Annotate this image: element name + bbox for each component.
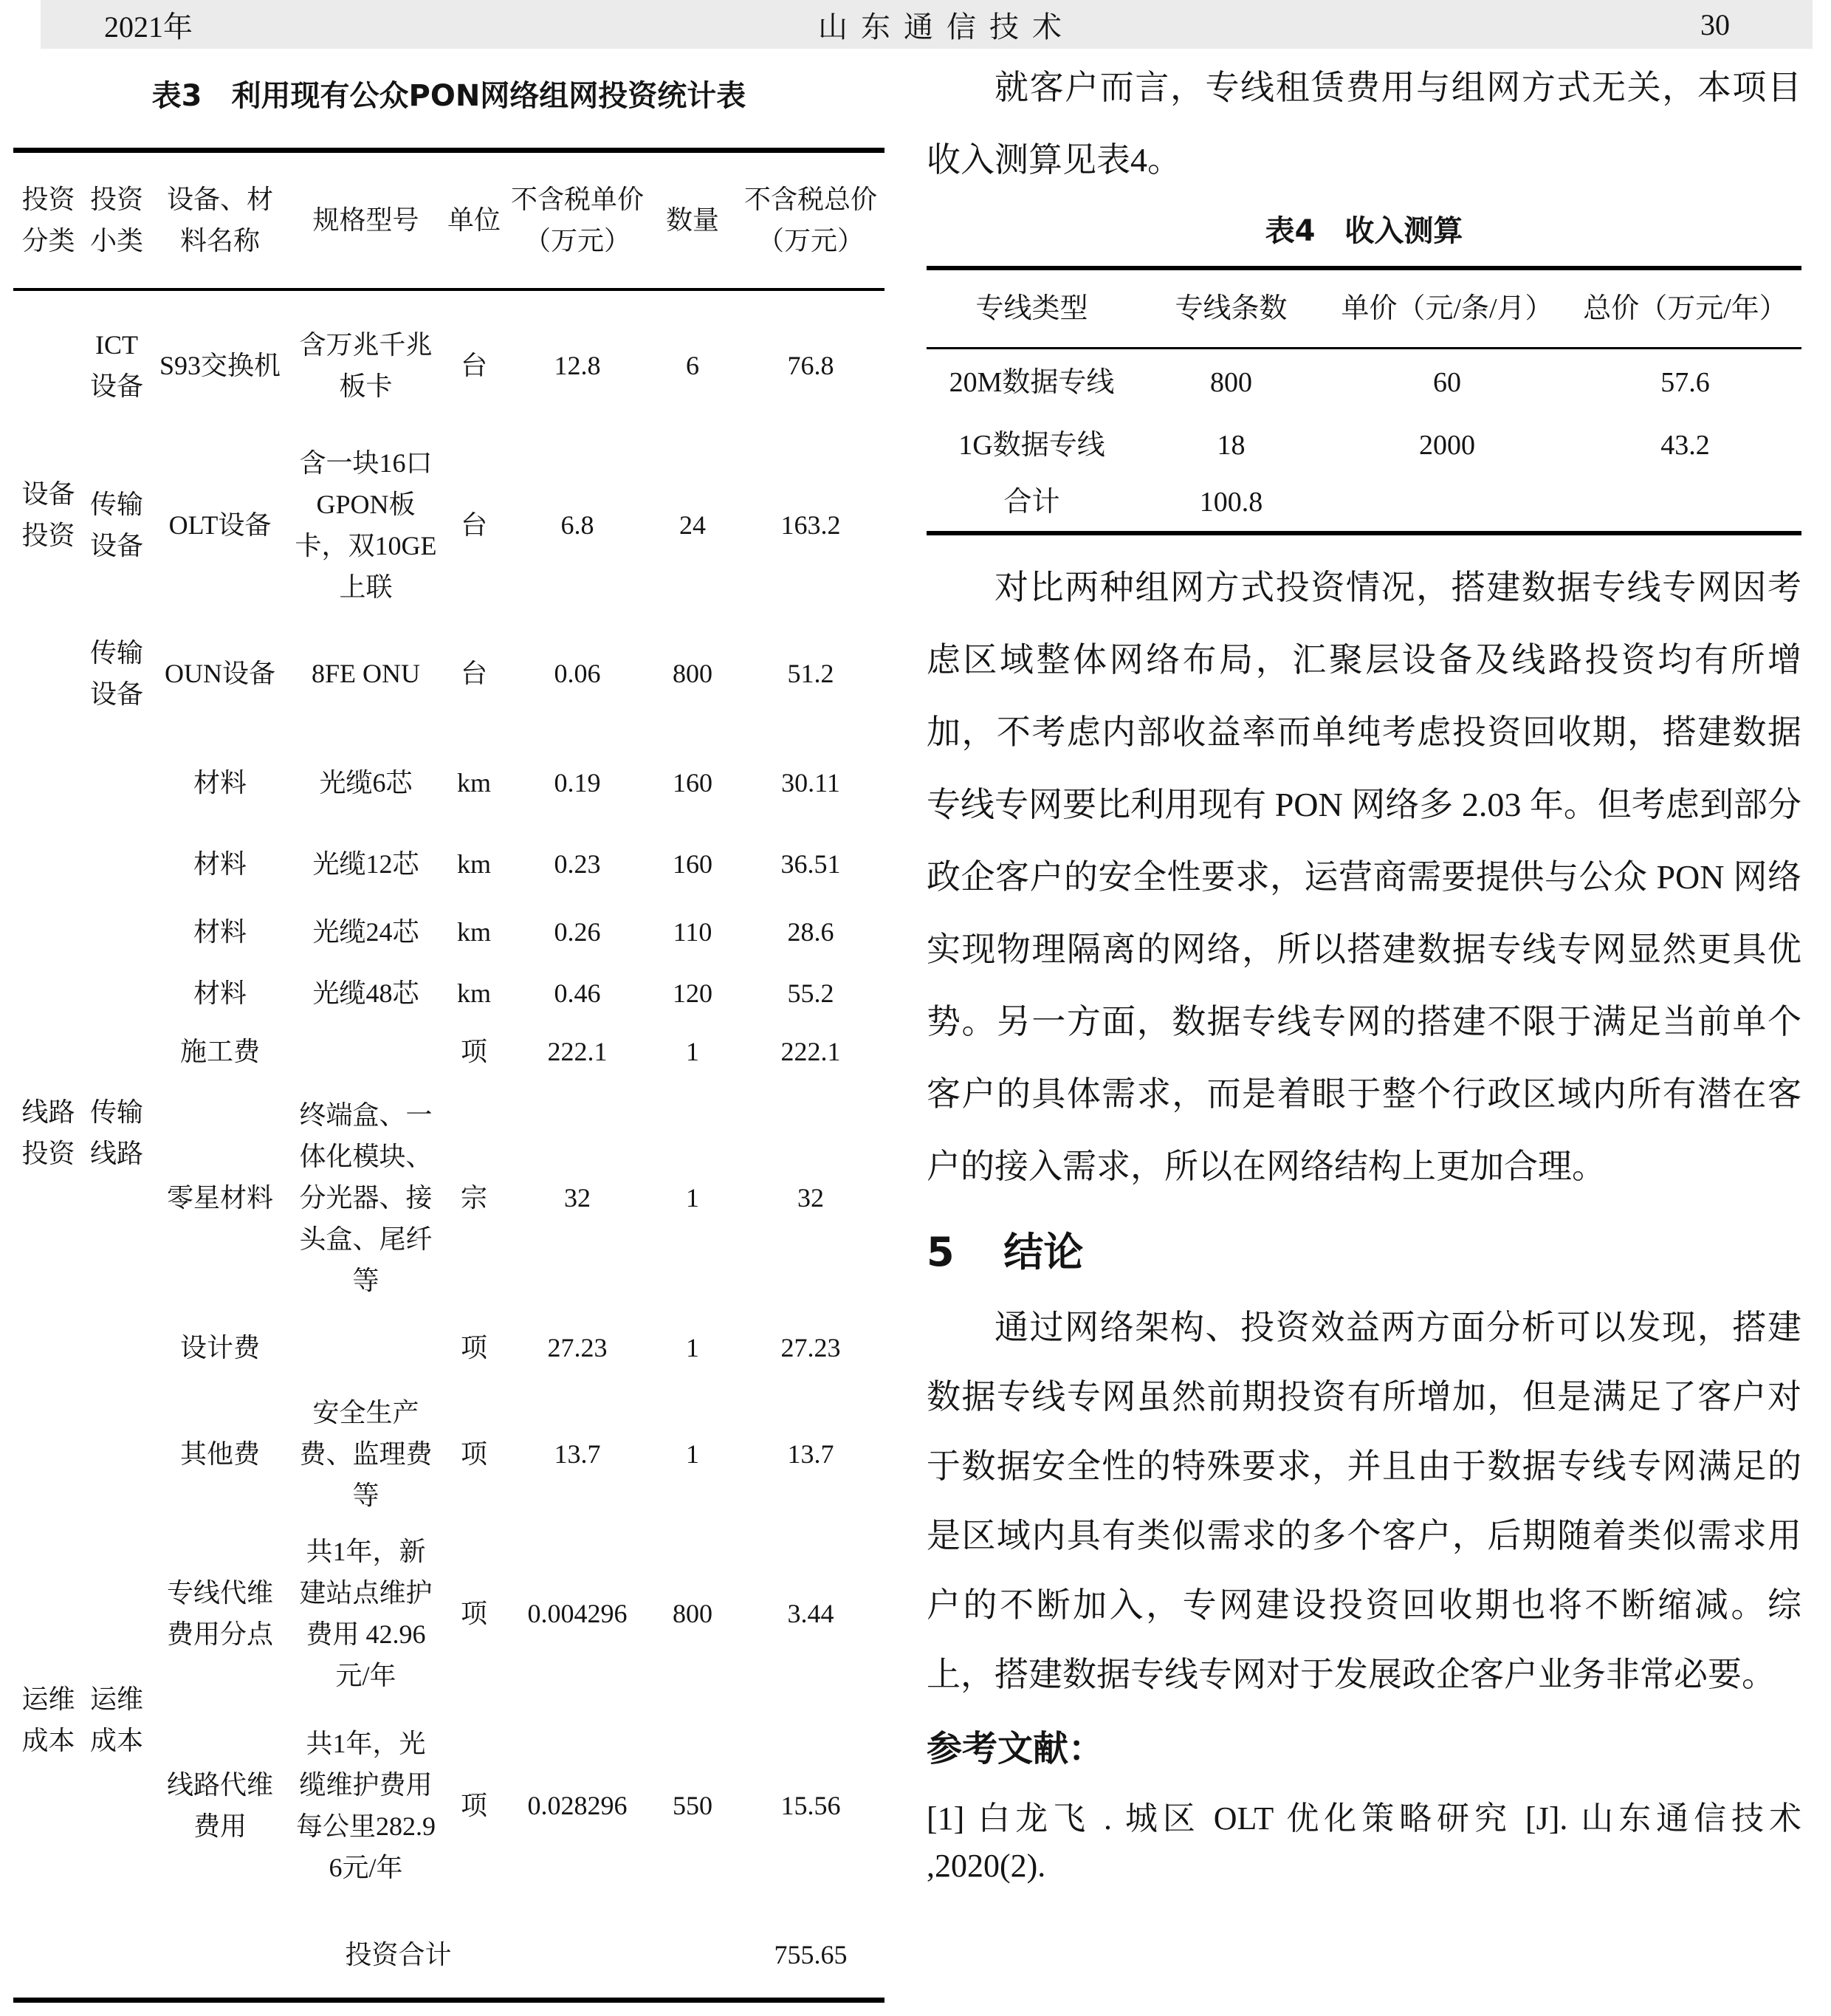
table-cell: 项 — [442, 1023, 506, 1080]
table-cell: 合计 — [927, 474, 1137, 533]
table-cell: 1 — [648, 1380, 737, 1528]
total-value-cell: 755.65 — [737, 1912, 884, 2000]
total-label-cell: 投资合计 — [290, 1912, 506, 2000]
table-cell: 12.8 — [506, 289, 648, 441]
table-cell: 13.7 — [737, 1380, 884, 1528]
table-cell: 台 — [442, 441, 506, 609]
table-cell: S93交换机 — [150, 289, 290, 441]
table-cell: 宗 — [442, 1080, 506, 1315]
table4: 专线类型 专线条数 单价（元/条/月） 总价（万元/年） 20M数据专线 800… — [927, 266, 1801, 535]
table-cell: 终端盒、一体化模块、分光器、接头盒、尾纤等 — [290, 1080, 442, 1315]
table-cell: 32 — [737, 1080, 884, 1315]
table-cell: 6 — [648, 289, 737, 441]
table-cell: 1 — [648, 1080, 737, 1315]
table-cell: 28.6 — [737, 901, 884, 964]
table-row: 传输设备 OLT设备 含一块16口GPON板卡，双10GE上联 台 6.8 24… — [13, 441, 884, 609]
table-cell: 光缆12芯 — [290, 827, 442, 901]
table4-total-row: 合计 100.8 — [927, 474, 1801, 533]
table-cell: 160 — [648, 827, 737, 901]
col-header: 总价（万元/年） — [1569, 268, 1801, 349]
table-cell: 55.2 — [737, 964, 884, 1023]
table-cell: 材料 — [150, 827, 290, 901]
table3-total-row: 投资合计 755.65 — [13, 1912, 884, 2000]
table-cell — [290, 1023, 442, 1080]
table-cell: 1 — [648, 1315, 737, 1380]
table-cell: 30.11 — [737, 738, 884, 827]
category-cell: 设备投资 — [13, 289, 83, 738]
table-cell: 6.8 — [506, 441, 648, 609]
table-cell: 15.56 — [737, 1699, 884, 1912]
col-header: 不含税总价（万元） — [737, 151, 884, 289]
table-cell — [1569, 474, 1801, 533]
empty-cell — [648, 1912, 737, 2000]
table-cell: 32 — [506, 1080, 648, 1315]
table-cell: 材料 — [150, 964, 290, 1023]
journal-title: 山东通信技术 — [818, 4, 1075, 46]
table-cell: 43.2 — [1569, 416, 1801, 474]
col-header: 数量 — [648, 151, 737, 289]
category-cell: 线路投资 — [13, 738, 83, 1528]
empty-cell — [13, 1912, 290, 2000]
table-cell: 100.8 — [1137, 474, 1325, 533]
table-cell: km — [442, 964, 506, 1023]
header-band: 2021年 山东通信技术 30 — [41, 0, 1813, 49]
table-cell: 含一块16口GPON板卡，双10GE上联 — [290, 441, 442, 609]
right-column: 就客户而言，专线租赁费用与组网方式无关，本项目收入测算见表4。 表4 收入测算 … — [927, 52, 1801, 1890]
table-cell: 零星材料 — [150, 1080, 290, 1315]
table-row: 1G数据专线 18 2000 43.2 — [927, 416, 1801, 474]
table-cell: 传输设备 — [83, 609, 150, 738]
table-cell: 设计费 — [150, 1315, 290, 1380]
table-cell: 120 — [648, 964, 737, 1023]
reference-item: [1] 白龙飞 . 城区 OLT 优化策略研究 [J]. 山东通信技术 ,202… — [927, 1795, 1801, 1890]
table-cell: 36.51 — [737, 827, 884, 901]
table4-header-row: 专线类型 专线条数 单价（元/条/月） 总价（万元/年） — [927, 268, 1801, 349]
table-cell: 材料 — [150, 901, 290, 964]
table-cell: km — [442, 901, 506, 964]
table-cell: 光缆24芯 — [290, 901, 442, 964]
table-cell: 24 — [648, 441, 737, 609]
table-cell: 550 — [648, 1699, 737, 1912]
table-cell: km — [442, 827, 506, 901]
table-row: 运维成本 运维成本 专线代维费用分点 共1年，新建站点维护费用 42.96 元/… — [13, 1528, 884, 1699]
table-cell: 光缆6芯 — [290, 738, 442, 827]
table-cell: 线路代维费用 — [150, 1699, 290, 1912]
table-cell: 51.2 — [737, 609, 884, 738]
col-header: 设备、材料名称 — [150, 151, 290, 289]
table-cell: 800 — [648, 609, 737, 738]
table-cell: 光缆48芯 — [290, 964, 442, 1023]
category-cell: 运维成本 — [13, 1528, 83, 1912]
table-cell: 共1年，光缆维护费用每公里282.96元/年 — [290, 1699, 442, 1912]
table-row: 线路投资 传输线路 材料 光缆6芯 km 0.19 160 30.11 — [13, 738, 884, 827]
empty-cell — [506, 1912, 648, 2000]
table-cell: 0.19 — [506, 738, 648, 827]
table-cell: 222.1 — [737, 1023, 884, 1080]
table-cell: 13.7 — [506, 1380, 648, 1528]
left-column: 表3 利用现有公众PON网络组网投资统计表 投资分类 投资小类 设备、材料名称 … — [13, 78, 884, 2003]
col-header: 专线类型 — [927, 268, 1137, 349]
table3-title: 表3 利用现有公众PON网络组网投资统计表 — [13, 78, 884, 114]
paragraph-conclusion: 通过网络架构、投资效益两方面分析可以发现，搭建数据专线专网虽然前期投资有所增加，… — [927, 1293, 1801, 1710]
table-cell: 项 — [442, 1315, 506, 1380]
table-cell: 材料 — [150, 738, 290, 827]
subcategory-cell: 传输线路 — [83, 738, 150, 1528]
table-cell — [290, 1315, 442, 1380]
table-cell: 27.23 — [737, 1315, 884, 1380]
page: 2021年 山东通信技术 30 表3 利用现有公众PON网络组网投资统计表 投资… — [0, 0, 1831, 2016]
table-cell: 0.004296 — [506, 1528, 648, 1699]
table-cell: 0.46 — [506, 964, 648, 1023]
col-header: 专线条数 — [1137, 268, 1325, 349]
page-number: 30 — [1700, 7, 1730, 42]
table-cell: 台 — [442, 289, 506, 441]
table-cell: 共1年，新建站点维护费用 42.96 元/年 — [290, 1528, 442, 1699]
table-cell: 项 — [442, 1380, 506, 1528]
table-cell: 0.26 — [506, 901, 648, 964]
table3-header-row: 投资分类 投资小类 设备、材料名称 规格型号 单位 不含税单价（万元） 数量 不… — [13, 151, 884, 289]
table-cell: 传输设备 — [83, 441, 150, 609]
section-number: 5 — [927, 1229, 955, 1275]
table-cell: 60 — [1325, 349, 1569, 416]
table3: 投资分类 投资小类 设备、材料名称 规格型号 单位 不含税单价（万元） 数量 不… — [13, 148, 884, 2003]
col-header: 单位 — [442, 151, 506, 289]
table-cell: 20M数据专线 — [927, 349, 1137, 416]
table-cell: 222.1 — [506, 1023, 648, 1080]
table-row: 20M数据专线 800 60 57.6 — [927, 349, 1801, 416]
table-cell: 施工费 — [150, 1023, 290, 1080]
table-cell: 其他费 — [150, 1380, 290, 1528]
col-header: 单价（元/条/月） — [1325, 268, 1569, 349]
table-cell: km — [442, 738, 506, 827]
paragraph-income-intro: 就客户而言，专线租赁费用与组网方式无关，本项目收入测算见表4。 — [927, 52, 1801, 196]
table-row: 设备投资 ICT设备 S93交换机 含万兆千兆板卡 台 12.8 6 76.8 — [13, 289, 884, 441]
table-cell: 0.028296 — [506, 1699, 648, 1912]
table-cell: 0.06 — [506, 609, 648, 738]
col-header: 不含税单价（万元） — [506, 151, 648, 289]
table-cell: ICT设备 — [83, 289, 150, 441]
paragraph-comparison: 对比两种组网方式投资情况，搭建数据专线专网因考虑区域整体网络布局，汇聚层设备及线… — [927, 552, 1801, 1203]
table-cell: 800 — [648, 1528, 737, 1699]
table-cell: 含万兆千兆板卡 — [290, 289, 442, 441]
table-cell: 57.6 — [1569, 349, 1801, 416]
header-year: 2021年 — [104, 4, 193, 46]
table-cell: 27.23 — [506, 1315, 648, 1380]
table-cell: 800 — [1137, 349, 1325, 416]
subcategory-cell: 运维成本 — [83, 1528, 150, 1912]
table-cell: 1G数据专线 — [927, 416, 1137, 474]
table-cell: OLT设备 — [150, 441, 290, 609]
table-cell: 3.44 — [737, 1528, 884, 1699]
table-cell: 0.23 — [506, 827, 648, 901]
table-cell: 8FE ONU — [290, 609, 442, 738]
table-row: 传输设备 OUN设备 8FE ONU 台 0.06 800 51.2 — [13, 609, 884, 738]
table-cell: 安全生产费、监理费等 — [290, 1380, 442, 1528]
table-cell: OUN设备 — [150, 609, 290, 738]
table-cell: 76.8 — [737, 289, 884, 441]
references-heading: 参考文献： — [927, 1729, 1801, 1769]
col-header: 规格型号 — [290, 151, 442, 289]
table-cell: 18 — [1137, 416, 1325, 474]
col-header: 投资分类 — [13, 151, 83, 289]
section-heading-conclusion: 5 结论 — [927, 1230, 1801, 1275]
table-cell: 1 — [648, 1023, 737, 1080]
col-header: 投资小类 — [83, 151, 150, 289]
table-cell: 2000 — [1325, 416, 1569, 474]
section-title: 结论 — [1003, 1229, 1083, 1275]
table-cell: 163.2 — [737, 441, 884, 609]
table-cell: 台 — [442, 609, 506, 738]
table-cell — [1325, 474, 1569, 533]
table-cell: 专线代维费用分点 — [150, 1528, 290, 1699]
table4-title: 表4 收入测算 — [927, 214, 1801, 248]
table-cell: 项 — [442, 1699, 506, 1912]
table-cell: 110 — [648, 901, 737, 964]
table-cell: 项 — [442, 1528, 506, 1699]
table-cell: 160 — [648, 738, 737, 827]
